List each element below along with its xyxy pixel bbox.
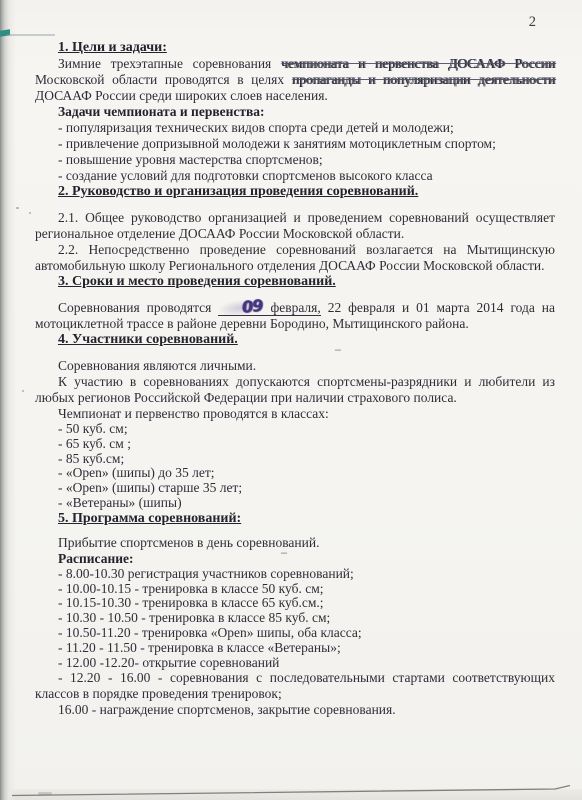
intro-text: Московской области проводятся в целях xyxy=(35,72,292,87)
list-item: - 10.50-11.20 - тренировка «Open» шипы, … xyxy=(58,626,555,641)
tasks-list: - популяризация технических видов спорта… xyxy=(35,120,555,184)
list-item: - 65 куб. см ; xyxy=(58,437,555,452)
list-item: - 12.00 -12.20- открытие соревнований xyxy=(58,656,555,671)
list-item: - создание условий для подготовки спортс… xyxy=(58,168,555,184)
list-item: - 50 куб. см; xyxy=(58,422,555,437)
closing-line: 16.00 - награждение спортсменов, закрыти… xyxy=(35,702,555,718)
handwritten-date: 09 xyxy=(218,298,265,319)
classes-list: - 50 куб. см; - 65 куб. см ; - 85 куб.см… xyxy=(35,422,555,511)
paragraph-2-2: 2.2. Непосредственно проведение соревнов… xyxy=(35,242,555,274)
page-number: 2 xyxy=(529,14,536,30)
section-1-heading: 1. Цели и задачи: xyxy=(58,40,555,56)
scan-speck xyxy=(22,390,24,392)
teal-ink-mark-tail xyxy=(7,34,55,36)
list-item: - повышение уровня мастерства спортсмено… xyxy=(58,152,555,168)
underlined-date-word: февраля, xyxy=(264,300,321,315)
document-content: 1. Цели и задачи: Зимние трехэтапные сор… xyxy=(0,0,582,718)
section-4-heading: 4. Участники соревнований. xyxy=(58,332,555,348)
scan-speck xyxy=(16,207,19,209)
stray-dash-mark: – xyxy=(281,549,287,555)
section-1-subheading: Задачи чемпионата и первенства: xyxy=(58,104,555,120)
paper-bottom-edge-line xyxy=(0,770,582,800)
section-1-intro-paragraph: Зимние трехэтапные соревнования чемпиона… xyxy=(35,56,555,104)
scan-speck xyxy=(38,792,52,795)
section-2-heading: 2. Руководство и организация проведения … xyxy=(58,184,555,200)
list-item: - привлечение допризывной молодежи к зан… xyxy=(58,136,555,152)
list-item: - 10.15-10.30 - тренировка в классе 65 к… xyxy=(58,596,555,611)
dates-text: Соревнования проводятся xyxy=(58,300,218,315)
underlined-date: 09 февраля, xyxy=(218,300,321,316)
scan-edge-left xyxy=(0,0,16,800)
dates-paragraph: Соревнования проводятся 09 февраля, 22 ф… xyxy=(35,299,555,332)
overprint-text: пропаганды и популяризации деятельности xyxy=(292,72,555,87)
list-item: - «Ветераны» (шипы) xyxy=(58,496,555,511)
arrival-line: Прибытие спортсменов в день соревнований… xyxy=(35,535,555,551)
list-item: - 8.00-10.30 регистрация участников соре… xyxy=(58,567,555,582)
list-item: - «Open» (шипы) старше 35 лет; xyxy=(58,481,555,496)
paragraph-2-1: 2.1. Общее руководство организацией и пр… xyxy=(35,210,555,242)
stray-dash-mark: – xyxy=(335,346,341,352)
participants-paragraph-1: Соревнования являются личными. xyxy=(35,358,555,374)
section-5-heading: 5. Программа соревнований: xyxy=(58,511,555,527)
list-item: - «Open» (шипы) до 35 лет; xyxy=(58,466,555,481)
section-3-heading: 3. Сроки и место проведения соревнований… xyxy=(58,274,555,290)
scan-speck xyxy=(29,212,31,214)
scanned-document-page: 2 1. Цели и задачи: Зимние трехэтапные с… xyxy=(0,0,582,800)
schedule-label: Расписание: xyxy=(58,551,555,567)
overprint-text: чемпионата и первенства ДОСААФ России xyxy=(281,56,555,71)
intro-text: ДОСААФ России среди широких слоев населе… xyxy=(35,88,328,103)
list-item: - 85 куб.см; xyxy=(58,452,555,467)
list-item: - 10.30 - 10.50 - тренировка в классе 85… xyxy=(58,611,555,626)
list-item: - 11.20 - 11.50 - тренировка в классе «В… xyxy=(58,641,555,656)
participants-paragraph-3: Чемпионат и первенство проводятся в клас… xyxy=(35,406,555,422)
list-item: - 10.00-10.15 - тренировка в классе 50 к… xyxy=(58,582,555,597)
participants-paragraph-2: К участию в соревнованиях допускаются сп… xyxy=(35,374,555,406)
schedule-list: - 8.00-10.30 регистрация участников соре… xyxy=(35,567,555,671)
finals-paragraph: - 12.20 - 16.00 - соревнования с последо… xyxy=(35,670,555,702)
list-item: - популяризация технических видов спорта… xyxy=(58,120,555,136)
intro-text: Зимние трехэтапные соревнования xyxy=(58,56,281,71)
